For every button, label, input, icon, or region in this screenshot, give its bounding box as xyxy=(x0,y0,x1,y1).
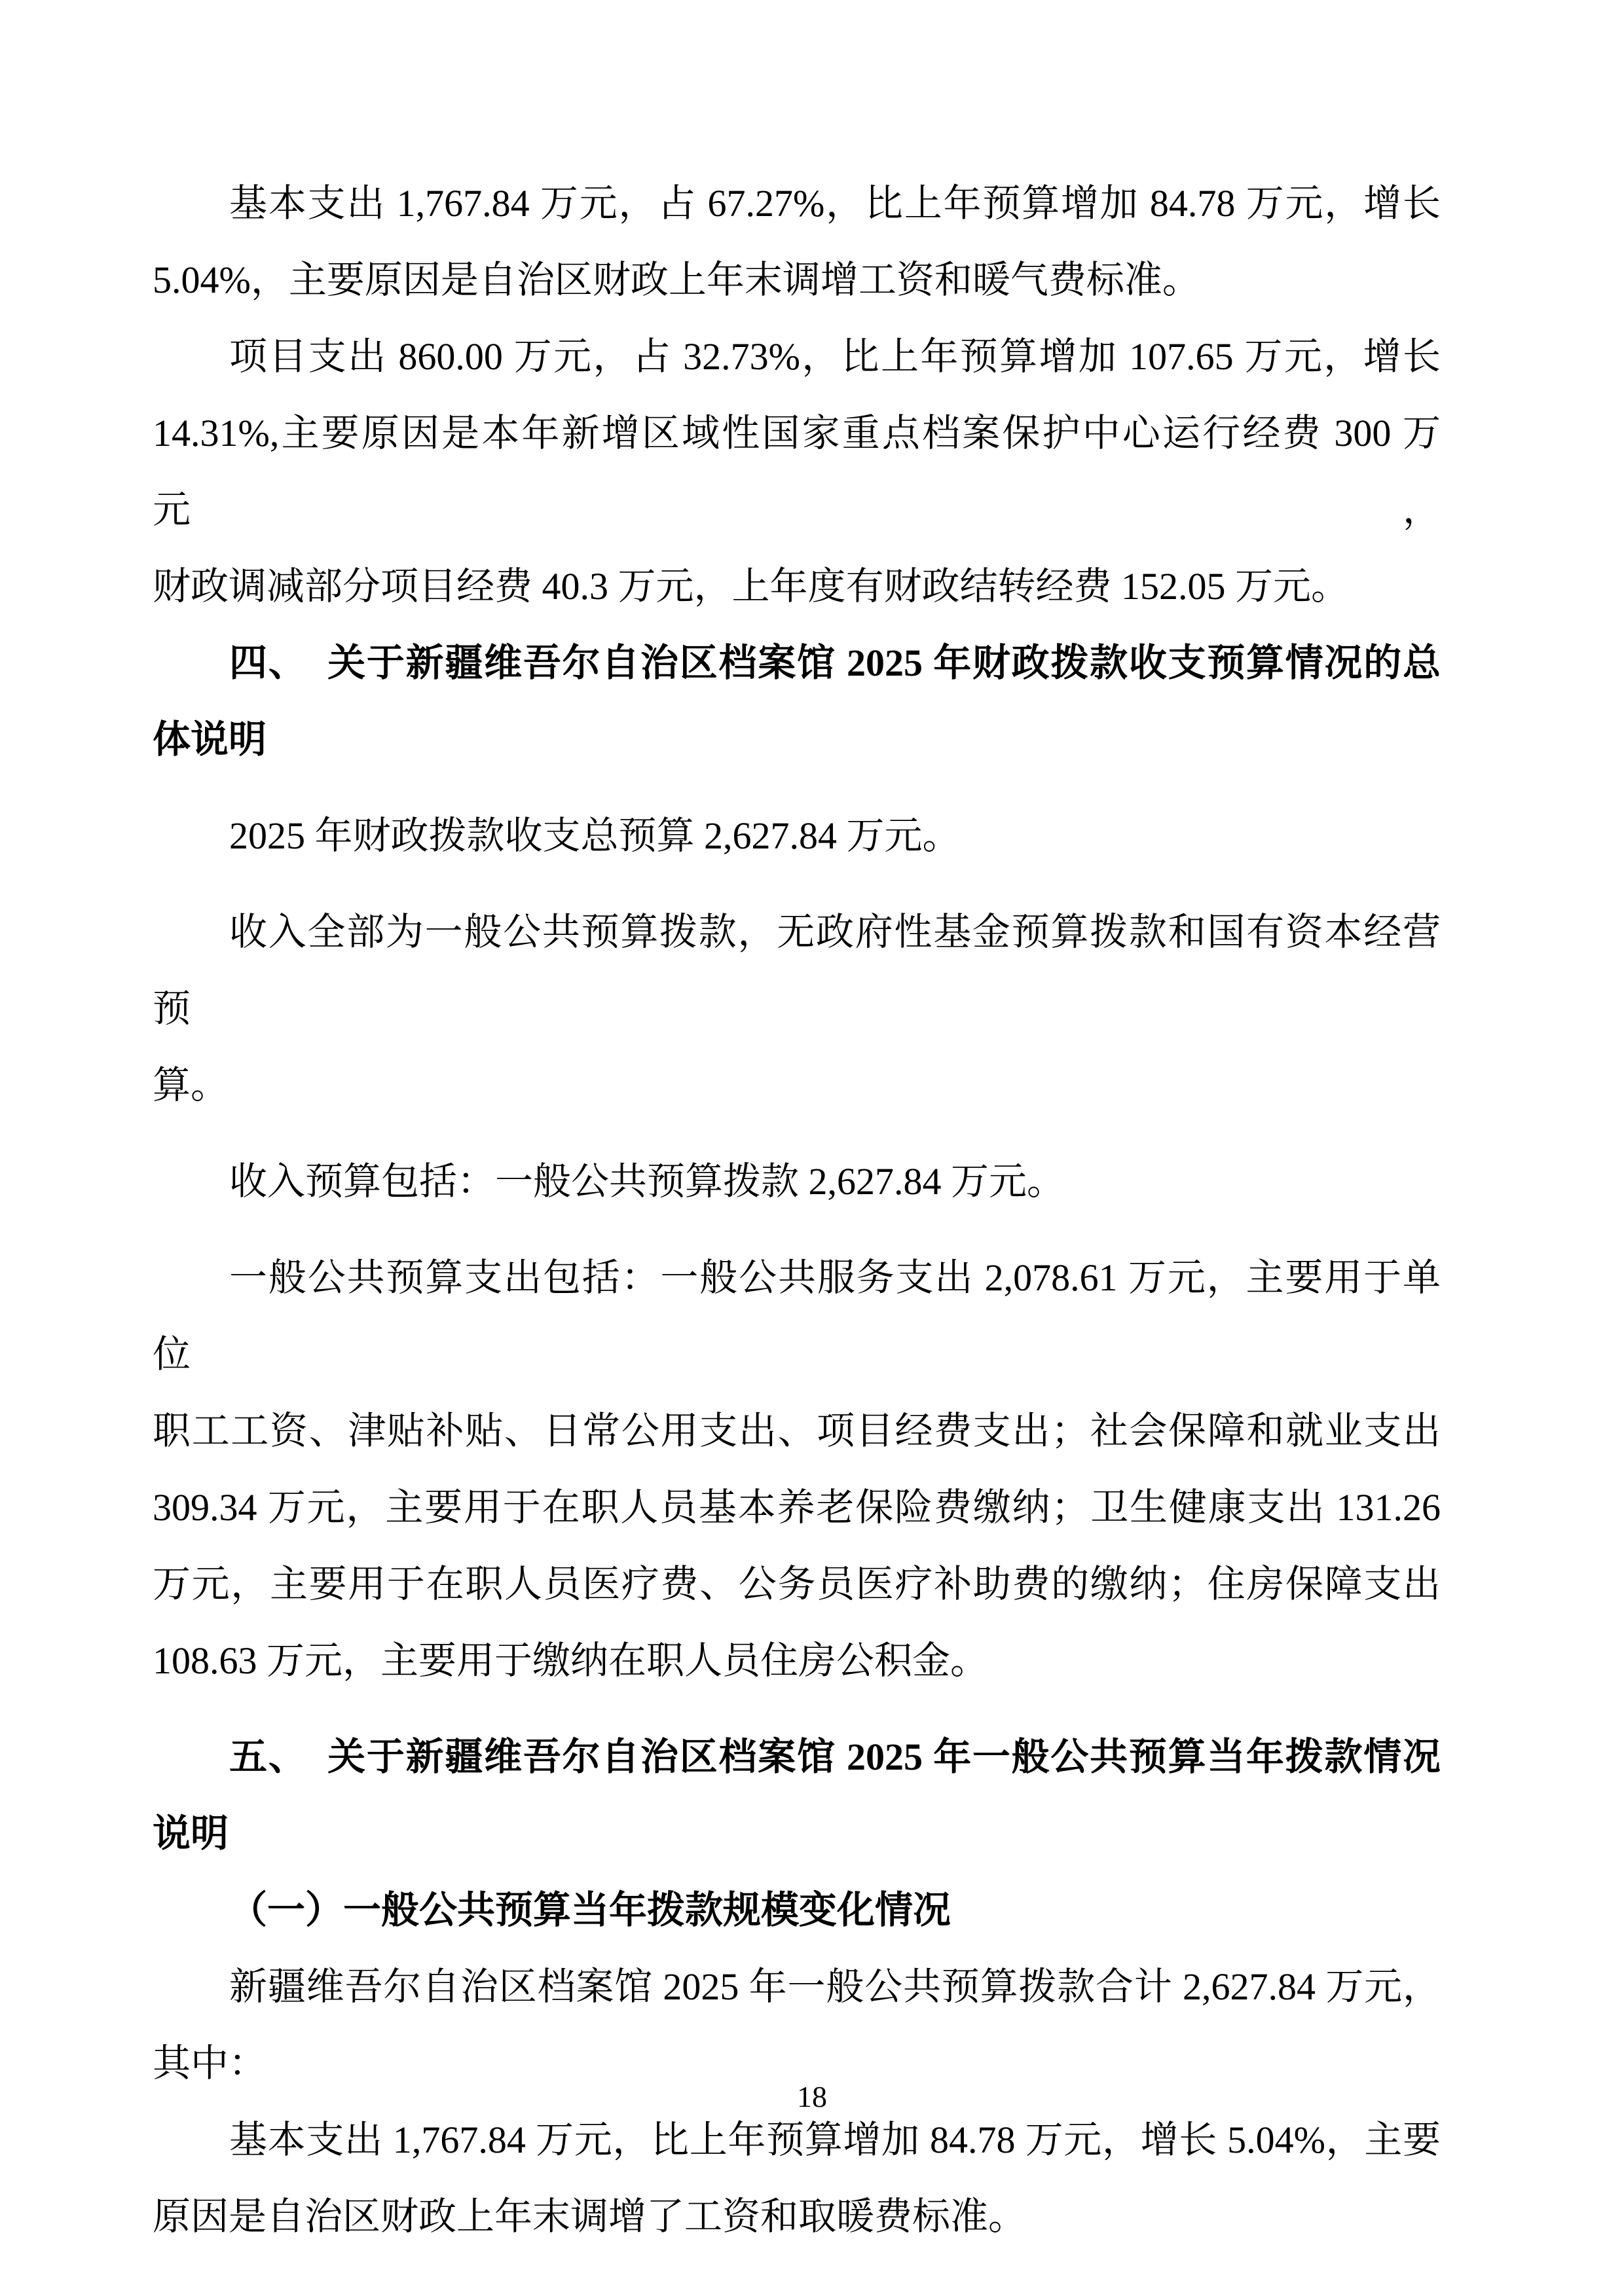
para-general-public-expenditure: 一般公共预算支出包括：一般公共服务支出 2,078.61 万元，主要用于单位 职… xyxy=(153,1239,1441,1699)
heading-line: 体说明 xyxy=(153,701,1441,778)
text-line: 14.31%,主要原因是本年新增区域性国家重点档案保护中心运行经费 300 万元… xyxy=(153,395,1441,548)
para-income-budget: 收入预算包括：一般公共预算拨款 2,627.84 万元。 xyxy=(153,1143,1441,1220)
para-project-expenditure: 项目支出 860.00 万元，占 32.73%，比上年预算增加 107.65 万… xyxy=(153,318,1441,625)
para-basic-expenditure: 基本支出 1,767.84 万元，占 67.27%，比上年预算增加 84.78 … xyxy=(153,165,1441,318)
heading-section-five: 五、 关于新疆维吾尔自治区档案馆 2025 年一般公共预算当年拨款情况 说明 xyxy=(153,1719,1441,1872)
para-basic-expenditure-change: 基本支出 1,767.84 万元，比上年预算增加 84.78 万元，增长 5.0… xyxy=(153,2102,1441,2255)
text-line: 职工工资、津贴补贴、日常公用支出、项目经费支出；社会保障和就业支出 xyxy=(153,1393,1441,1469)
text-line: 2025 年财政拨款收支总预算 2,627.84 万元。 xyxy=(153,797,1441,874)
heading-line: （一）一般公共预算当年拨款规模变化情况 xyxy=(153,1872,1441,1948)
heading-line: 说明 xyxy=(153,1795,1441,1872)
text-line: 项目支出 860.00 万元，占 32.73%，比上年预算增加 107.65 万… xyxy=(153,318,1441,395)
heading-subsection-one: （一）一般公共预算当年拨款规模变化情况 xyxy=(153,1872,1441,1948)
document-page: 基本支出 1,767.84 万元，占 67.27%，比上年预算增加 84.78 … xyxy=(0,0,1624,2296)
document-body: 基本支出 1,767.84 万元，占 67.27%，比上年预算增加 84.78 … xyxy=(153,165,1441,2255)
text-line: 原因是自治区财政上年末调增了工资和取暖费标准。 xyxy=(153,2178,1441,2255)
text-line: 财政调减部分项目经费 40.3 万元，上年度有财政结转经费 152.05 万元。 xyxy=(153,548,1441,625)
para-income-source: 收入全部为一般公共预算拨款，无政府性基金预算拨款和国有资本经营预 算。 xyxy=(153,894,1441,1123)
text-line: 一般公共预算支出包括：一般公共服务支出 2,078.61 万元，主要用于单位 xyxy=(153,1239,1441,1393)
text-line: 万元，主要用于在职人员医疗费、公务员医疗补助费的缴纳；住房保障支出 xyxy=(153,1546,1441,1622)
page-number: 18 xyxy=(0,2081,1624,2113)
para-appropriation-total: 新疆维吾尔自治区档案馆 2025 年一般公共预算拨款合计 2,627.84 万元… xyxy=(153,1948,1441,2102)
text-line: 108.63 万元，主要用于缴纳在职人员住房公积金。 xyxy=(153,1622,1441,1699)
text-line: 5.04%，主要原因是自治区财政上年末调增工资和暖气费标准。 xyxy=(153,242,1441,318)
text-line: 基本支出 1,767.84 万元，占 67.27%，比上年预算增加 84.78 … xyxy=(153,165,1441,242)
text-line: 新疆维吾尔自治区档案馆 2025 年一般公共预算拨款合计 2,627.84 万元… xyxy=(153,1948,1441,2025)
text-line: 309.34 万元，主要用于在职人员基本养老保险费缴纳；卫生健康支出 131.2… xyxy=(153,1469,1441,1546)
text-line: 收入预算包括：一般公共预算拨款 2,627.84 万元。 xyxy=(153,1143,1441,1220)
heading-line: 五、 关于新疆维吾尔自治区档案馆 2025 年一般公共预算当年拨款情况 xyxy=(153,1719,1441,1795)
para-total-budget-2025: 2025 年财政拨款收支总预算 2,627.84 万元。 xyxy=(153,797,1441,874)
heading-line: 四、 关于新疆维吾尔自治区档案馆 2025 年财政拨款收支预算情况的总 xyxy=(153,625,1441,701)
heading-section-four: 四、 关于新疆维吾尔自治区档案馆 2025 年财政拨款收支预算情况的总 体说明 xyxy=(153,625,1441,778)
text-line: 算。 xyxy=(153,1047,1441,1123)
text-line: 收入全部为一般公共预算拨款，无政府性基金预算拨款和国有资本经营预 xyxy=(153,894,1441,1047)
